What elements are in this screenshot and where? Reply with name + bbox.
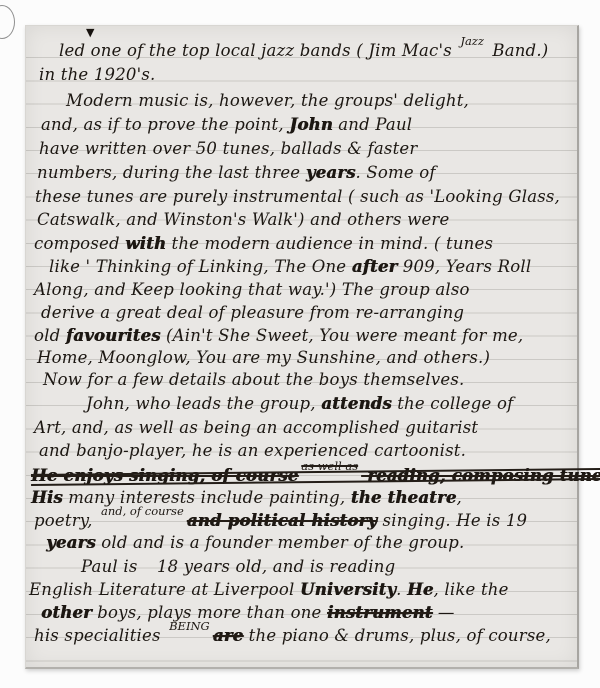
handwritten-text: Now for a few details about the boys the… <box>43 370 465 389</box>
handwritten-text: 909, Years Roll <box>397 257 531 276</box>
handwritten-text: . Some of <box>355 163 435 182</box>
inserted-text: Jazz <box>460 34 484 48</box>
manuscript-line: other boys, plays more than one instrume… <box>41 601 455 625</box>
handwritten-text: and banjo-player, he is an experienced c… <box>39 441 466 460</box>
handwritten-text: reading, composing tunes <box>361 466 600 485</box>
manuscript-line: Home, Moonglow, You are my Sunshine, and… <box>37 346 490 370</box>
handwritten-text: are <box>213 626 243 645</box>
handwritten-text: poetry, <box>34 511 98 530</box>
manuscript-line: led one of the top local jazz bands ( Ji… <box>59 39 548 64</box>
manuscript-line: old favourites (Ain't She Sweet, You wer… <box>34 324 523 348</box>
handwritten-text: , like the <box>434 580 509 599</box>
handwritten-text: (Ain't She Sweet, You were meant for me, <box>161 326 524 345</box>
handwritten-text: the modern audience in mind. ( tunes <box>166 234 493 253</box>
manuscript-line: Art, and, as well as being an accomplish… <box>34 416 478 440</box>
manuscript-photograph: ▼ led one of the top local jazz bands ( … <box>0 0 600 688</box>
handwritten-text: singing. He is 19 <box>377 511 527 530</box>
manuscript-line: Paul is 18 years old, and is reading <box>81 555 395 579</box>
manuscript-line: Now for a few details about the boys the… <box>43 368 465 392</box>
manuscript-line: years old and is a founder member of the… <box>46 531 464 555</box>
handwritten-text: years <box>306 163 356 182</box>
handwritten-text: after <box>352 257 398 276</box>
handwritten-text: . <box>396 580 407 599</box>
handwritten-text: with <box>125 234 166 253</box>
inserted-text: as well as <box>301 459 358 473</box>
manuscript-line: have written over 50 tunes, ballads & fa… <box>39 137 417 161</box>
handwritten-text: Along, and Keep looking that way.') The … <box>34 280 470 299</box>
inserted-text: BEING <box>169 619 210 633</box>
handwritten-text: Catswalk, and Winston's Walk') and other… <box>37 210 449 229</box>
handwritten-text: these tunes are purely instrumental ( su… <box>35 187 560 206</box>
manuscript-line: in the 1920's. <box>39 63 155 87</box>
handwritten-text: years <box>46 533 96 552</box>
handwritten-text: the piano & drums, plus, of course, <box>243 626 551 645</box>
handwritten-text: Art, and, as well as being an accomplish… <box>34 418 478 437</box>
handwritten-text: Paul is <box>81 557 143 576</box>
handwritten-text: and, as if to prove the point, <box>41 115 289 134</box>
handwritten-text: He <box>407 580 434 599</box>
manuscript-line: Catswalk, and Winston's Walk') and other… <box>37 208 449 232</box>
handwritten-text: attends <box>321 394 392 413</box>
manuscript-line: and banjo-player, he is an experienced c… <box>39 439 466 463</box>
manuscript-line: like ' Thinking of Linking, The One afte… <box>49 255 531 279</box>
handwritten-text: other <box>41 603 92 622</box>
handwritten-text: University <box>300 580 396 599</box>
handwritten-text: Band.) <box>487 41 548 60</box>
manuscript-line: and, as if to prove the point, John and … <box>41 113 412 137</box>
insertion-mark: ▼ <box>86 26 94 39</box>
manuscript-line: derive a great deal of pleasure from re-… <box>41 301 464 325</box>
handwritten-text: and Paul <box>333 115 412 134</box>
manuscript-line: Along, and Keep looking that way.') The … <box>34 278 470 302</box>
handwritten-text: like ' Thinking of Linking, The One <box>49 257 352 276</box>
manuscript-line: composed with the modern audience in min… <box>34 232 493 256</box>
handwritten-text: , <box>456 488 461 507</box>
handwritten-text: John <box>289 115 333 134</box>
handwritten-text: old and is a founder member of the group… <box>96 533 465 552</box>
handwritten-text: instrument <box>327 603 432 622</box>
handwritten-text: Modern music is, however, the groups' de… <box>66 91 469 110</box>
handwritten-text: in the 1920's. <box>39 65 155 84</box>
handwritten-text: old <box>34 326 66 345</box>
handwritten-text: He enjoys singing, of course <box>31 466 298 485</box>
handwritten-text: English Literature at Liverpool <box>29 580 300 599</box>
handwritten-text: led one of the top local jazz bands ( Ji… <box>59 41 457 60</box>
handwritten-text: John, who leads the group, <box>86 394 321 413</box>
handwritten-text: his specialities <box>34 626 166 645</box>
manuscript-line: John, who leads the group, attends the c… <box>86 392 513 416</box>
manuscript-line: these tunes are purely instrumental ( su… <box>35 185 560 209</box>
handwritten-text: 18 years old, and is reading <box>157 557 395 576</box>
corner-arc-mark <box>0 5 15 39</box>
handwritten-text: have written over 50 tunes, ballads & fa… <box>39 139 417 158</box>
manuscript-line: numbers, during the last three years. So… <box>37 161 436 185</box>
handwritten-text: and political history <box>187 511 377 530</box>
handwritten-text: His <box>31 488 63 507</box>
manuscript-line: His many interests include painting, the… <box>31 486 462 510</box>
inserted-text: and, of course <box>101 504 184 518</box>
handwritten-text: favourites <box>66 326 161 345</box>
handwritten-text: composed <box>34 234 125 253</box>
handwritten-text: numbers, during the last three <box>37 163 306 182</box>
manuscript-line: Modern music is, however, the groups' de… <box>66 89 469 113</box>
manuscript-line: English Literature at Liverpool Universi… <box>29 578 509 602</box>
handwritten-text: the theatre <box>351 488 457 507</box>
handwritten-text: — <box>432 603 454 622</box>
manuscript-line: his specialities BEINGare the piano & dr… <box>34 624 551 649</box>
handwritten-text: Home, Moonglow, You are my Sunshine, and… <box>37 348 490 367</box>
handwritten-text: the college of <box>392 394 514 413</box>
handwritten-text: derive a great deal of pleasure from re-… <box>41 303 464 322</box>
lined-paper-page: ▼ led one of the top local jazz bands ( … <box>25 25 579 669</box>
